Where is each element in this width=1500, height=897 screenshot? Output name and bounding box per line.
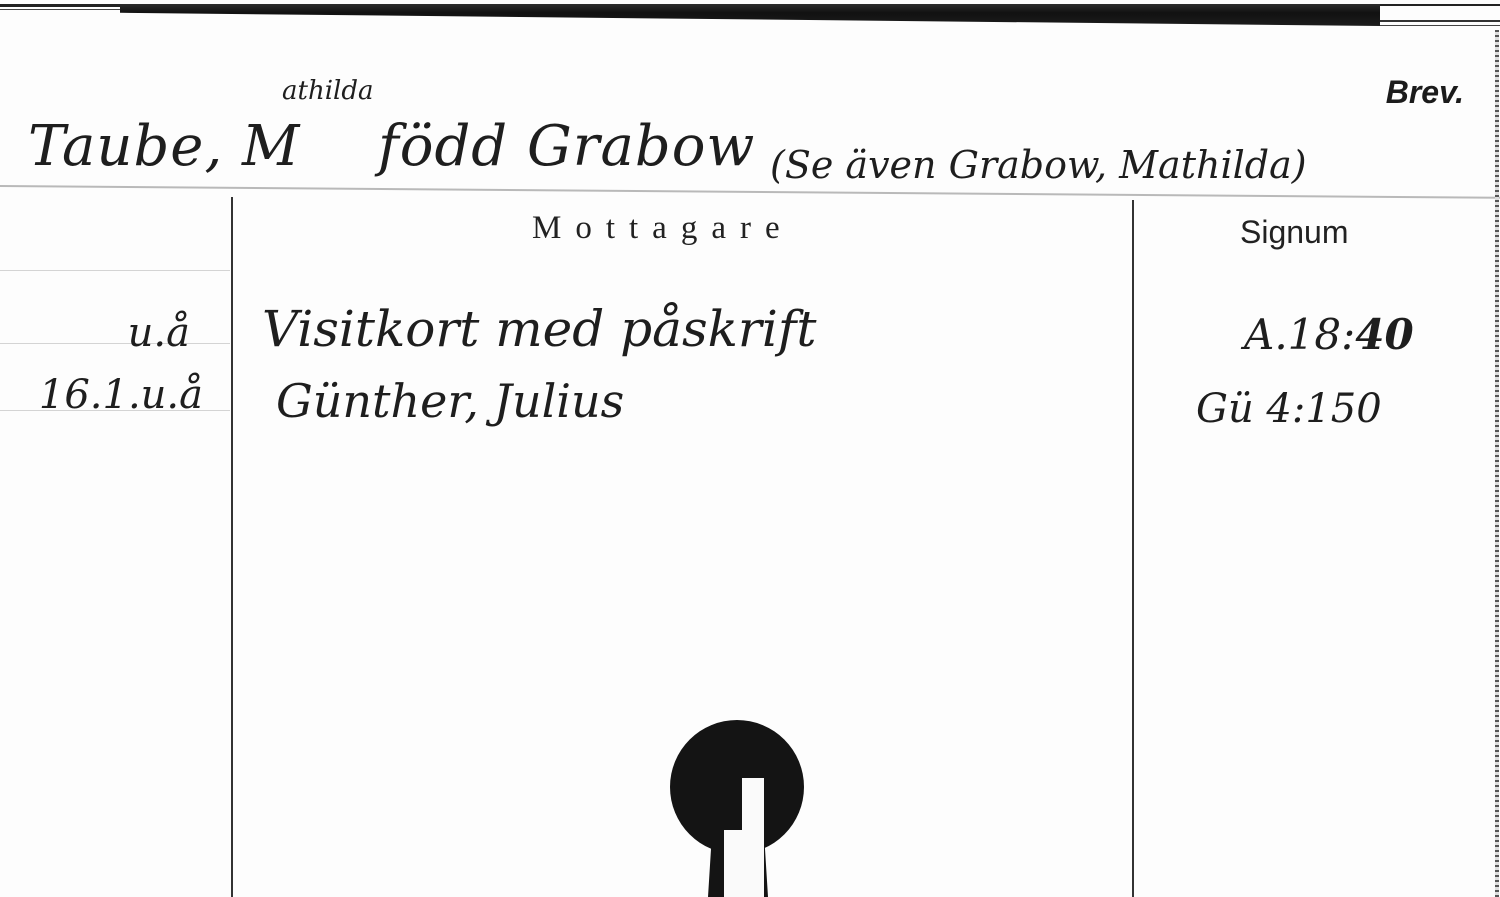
name-insertion: athilda <box>282 76 373 106</box>
entry-recipient: Visitkort med påskrift <box>262 300 816 358</box>
category-label: Brev. <box>1386 74 1464 111</box>
scan-right-edge <box>1495 30 1499 897</box>
signum-prefix: A.18: <box>1244 310 1355 359</box>
entry-date: 16.1.u.å <box>39 372 203 418</box>
scan-edge-line <box>1380 4 1500 6</box>
signum-column-divider <box>1132 200 1134 897</box>
heading-rule <box>0 185 1500 199</box>
archive-index-card: Brev. Taube, M född Grabow athilda (Se ä… <box>0 0 1500 897</box>
entry-recipient: Günther, Julius <box>276 374 624 428</box>
signum-number: 40 <box>1355 310 1413 359</box>
scan-top-bar <box>120 4 1380 26</box>
punch-hole-artifact <box>724 830 744 897</box>
scan-edge-line <box>0 4 120 7</box>
entry-date: u.å <box>128 310 190 356</box>
punch-hole-artifact <box>742 778 764 897</box>
date-column-divider <box>231 197 233 897</box>
name-heading: Taube, M född Grabow <box>28 114 755 179</box>
signum-column-header: Signum <box>1240 214 1349 251</box>
entry-signum: A.18:40 <box>1244 310 1414 359</box>
see-also-note: (Se även Grabow, Mathilda) <box>770 143 1307 187</box>
recipient-column-header: Mottagare <box>532 210 794 247</box>
name-rest: född Grabow <box>378 114 755 179</box>
entry-signum: Gü 4:150 <box>1196 386 1382 432</box>
scan-edge-line <box>0 9 120 10</box>
ruled-line <box>0 343 230 344</box>
scan-edge-line <box>1380 20 1500 22</box>
surname: Taube, M <box>28 114 300 179</box>
scan-edge-line <box>1380 25 1500 26</box>
ruled-line <box>0 270 230 271</box>
